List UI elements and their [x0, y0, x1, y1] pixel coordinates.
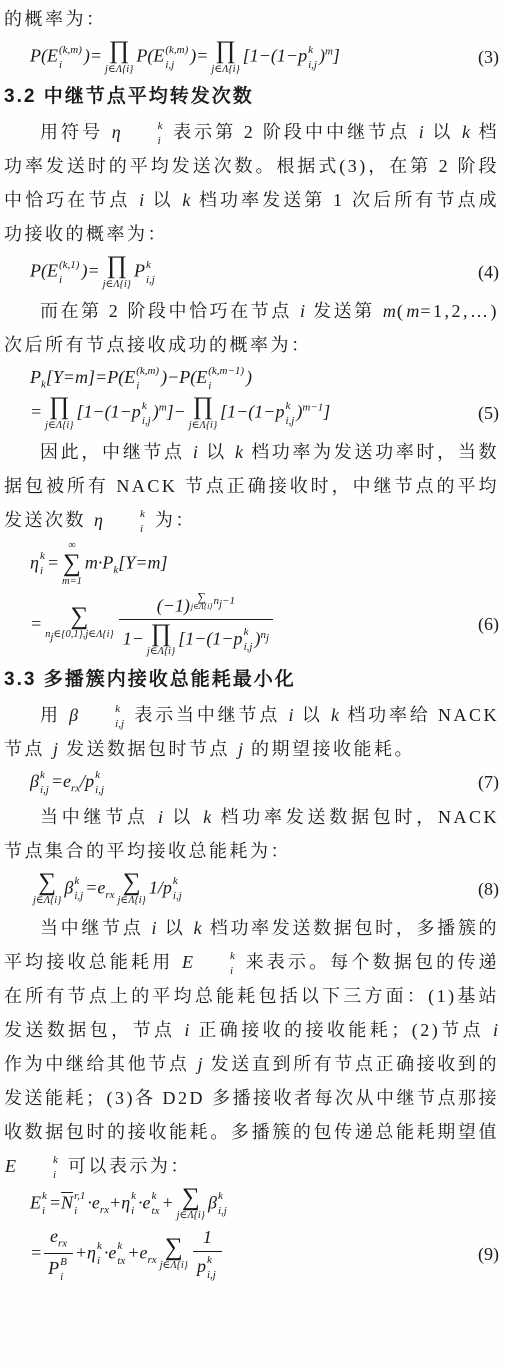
- equation-eta-body: ηki=∞∑m=1m·Pk[Y=m]: [30, 541, 167, 588]
- equation-9-line-2-body: =erxPBi+ηki·ektx+erx∑j∈Λ{i}1pki,j: [30, 1226, 224, 1283]
- section-heading-3-3: 3.3 多播簇内接收总能耗最小化: [4, 662, 499, 698]
- equation-4-number: (4): [478, 262, 499, 283]
- equation-7: βki,j=erx/pki,j (7): [4, 770, 499, 796]
- equation-5-number: (5): [478, 403, 499, 424]
- paragraph-lead: 的概率为：: [4, 2, 499, 36]
- equation-5-line-2: =∏j∈Λ{i}[1−(1−pki,j)m]−∏j∈Λ{i}[1−(1−pki,…: [4, 396, 499, 431]
- equation-8: ∑j∈Λ{i}βki,j=erx∑j∈Λ{i}1/pki,j (8): [4, 872, 499, 907]
- paragraph-3: 因此，中继节点 i 以 k 档功率为发送功率时，当数据包被所有 NACK 节点正…: [4, 435, 499, 537]
- paragraph-6: 当中继节点 i 以 k 档功率发送数据包时，多播簇的平均接收总能耗用 Eki 来…: [4, 911, 499, 1183]
- equation-5-line-2-body: =∏j∈Λ{i}[1−(1−pki,j)m]−∏j∈Λ{i}[1−(1−pki,…: [30, 396, 330, 431]
- equation-4-body: P(E(k,1)i)=∏j∈Λ{i}Pki,j: [30, 255, 157, 290]
- paragraph-4: 用 βki,j 表示当中继节点 i 以 k 档功率给 NACK 节点 j 发送数…: [4, 698, 499, 766]
- equation-eta: ηki=∞∑m=1m·Pk[Y=m]: [4, 541, 499, 588]
- equation-9-number: (9): [478, 1244, 499, 1265]
- equation-7-body: βki,j=erx/pki,j: [30, 770, 106, 796]
- section-heading-3-2: 3.2 中继节点平均转发次数: [4, 79, 499, 115]
- equation-5-line-1: Pk[Y=m]=P(E(k,m)i)−P(E(k,m−1)i): [4, 366, 499, 392]
- equation-7-number: (7): [478, 772, 499, 793]
- paper-page: 的概率为： P(E(k,m)i)=∏j∈Λ{i}P(E(k,m)i,j)=∏j∈…: [0, 0, 507, 1365]
- paragraph-5: 当中继节点 i 以 k 档功率发送数据包时，NACK 节点集合的平均接收总能耗为…: [4, 800, 499, 868]
- equation-8-number: (8): [478, 879, 499, 900]
- equation-8-body: ∑j∈Λ{i}βki,j=erx∑j∈Λ{i}1/pki,j: [30, 872, 184, 907]
- equation-6-body: =∑nj∈{0,1},j∈Λ{i}(−1)∑j∈Λ{i}nj−11−∏j∈Λ{i…: [30, 592, 275, 658]
- equation-6-number: (6): [478, 614, 499, 635]
- equation-5-line-1-body: Pk[Y=m]=P(E(k,m)i)−P(E(k,m−1)i): [30, 366, 252, 392]
- equation-3: P(E(k,m)i)=∏j∈Λ{i}P(E(k,m)i,j)=∏j∈Λ{i}[1…: [4, 40, 499, 75]
- paragraph-2: 而在第 2 阶段中恰巧在节点 i 发送第 m(m=1,2,…)次后所有节点接收成…: [4, 294, 499, 362]
- equation-9-line-2: =erxPBi+ηki·ektx+erx∑j∈Λ{i}1pki,j (9): [4, 1226, 499, 1283]
- equation-3-number: (3): [478, 47, 499, 68]
- paragraph-1: 用符号 ηki 表示第 2 阶段中中继节点 i 以 k 档功率发送时的平均发送次…: [4, 115, 499, 251]
- equation-3-body: P(E(k,m)i)=∏j∈Λ{i}P(E(k,m)i,j)=∏j∈Λ{i}[1…: [30, 40, 340, 75]
- equation-4: P(E(k,1)i)=∏j∈Λ{i}Pki,j (4): [4, 255, 499, 290]
- equation-6: =∑nj∈{0,1},j∈Λ{i}(−1)∑j∈Λ{i}nj−11−∏j∈Λ{i…: [4, 592, 499, 658]
- equation-9-line-1: Eki=Nr,1i·erx+ηki·ektx+∑j∈Λ{i}βki,j: [4, 1187, 499, 1222]
- equation-9-line-1-body: Eki=Nr,1i·erx+ηki·ektx+∑j∈Λ{i}βki,j: [30, 1187, 229, 1222]
